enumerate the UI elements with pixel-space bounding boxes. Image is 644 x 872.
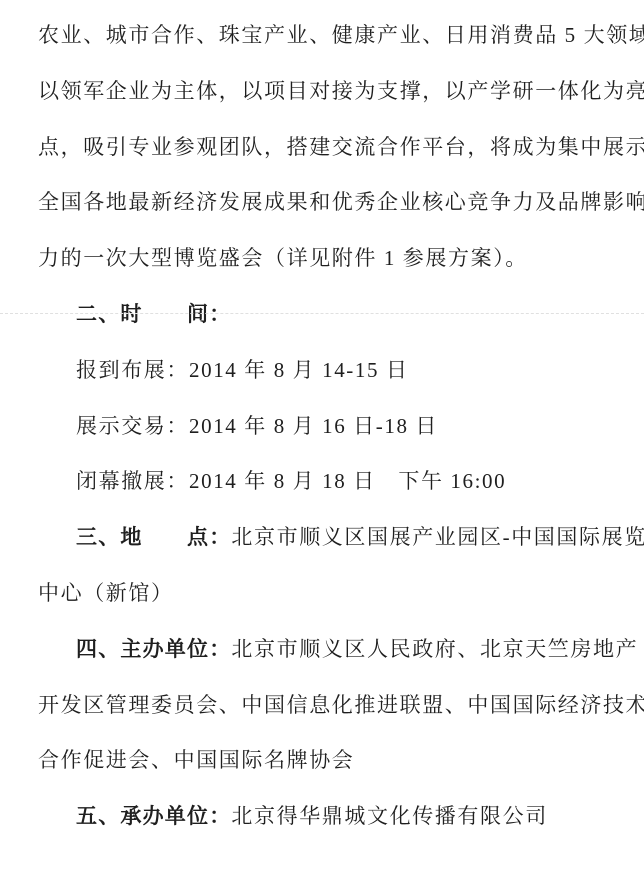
section-time-item-setup: 报到布展：2014 年 8 月 14-15 日 [0,343,644,399]
section-undertaker-label: 五、承办单位： [76,805,231,828]
section-time-item-closing: 闭幕撤展：2014 年 8 月 18 日 下午 16:00 [0,454,644,510]
section-location-label: 三、地 点： [76,526,231,549]
section-undertaker-text: 北京得华鼎城文化传播有限公司 [231,804,547,828]
section-time-heading-label: 二、时 间： [76,303,231,326]
document-body: 农业、城市合作、珠宝产业、健康产业、日用消费品 5 大领域， 以领军企业为主体，… [0,0,644,845]
intro-paragraph-line-3: 点，吸引专业参观团队，搭建交流合作平台，将成为集中展示 [0,120,644,176]
section-time-item-exhibition: 展示交易：2014 年 8 月 16 日-18 日 [0,399,644,455]
scan-artifact-line [0,313,644,314]
section-organizer-text-1: 北京市顺义区人民政府、北京天竺房地产 [231,637,638,661]
section-location-heading-line: 三、地 点：北京市顺义区国展产业园区-中国国际展览 [0,510,644,566]
section-organizer-heading-line: 四、主办单位：北京市顺义区人民政府、北京天竺房地产 [0,622,644,678]
section-undertaker-heading-line: 五、承办单位：北京得华鼎城文化传播有限公司 [0,789,644,845]
section-organizer-text-3: 合作促进会、中国国际名牌协会 [0,733,644,789]
intro-paragraph-line-2: 以领军企业为主体，以项目对接为支撑，以产学研一体化为亮 [0,64,644,120]
document-page: 农业、城市合作、珠宝产业、健康产业、日用消费品 5 大领域， 以领军企业为主体，… [0,0,644,872]
intro-paragraph-line-4: 全国各地最新经济发展成果和优秀企业核心竞争力及品牌影响 [0,175,644,231]
intro-paragraph-line-1: 农业、城市合作、珠宝产业、健康产业、日用消费品 5 大领域， [0,8,644,64]
section-organizer-label: 四、主办单位： [76,638,231,661]
intro-paragraph-line-5: 力的一次大型博览盛会（详见附件 1 参展方案）。 [0,231,644,287]
section-location-text-1: 北京市顺义区国展产业园区-中国国际展览 [231,525,644,549]
section-location-text-2: 中心（新馆） [0,566,644,622]
section-time-heading: 二、时 间： [0,287,644,343]
section-organizer-text-2: 开发区管理委员会、中国信息化推进联盟、中国国际经济技术 [0,678,644,734]
